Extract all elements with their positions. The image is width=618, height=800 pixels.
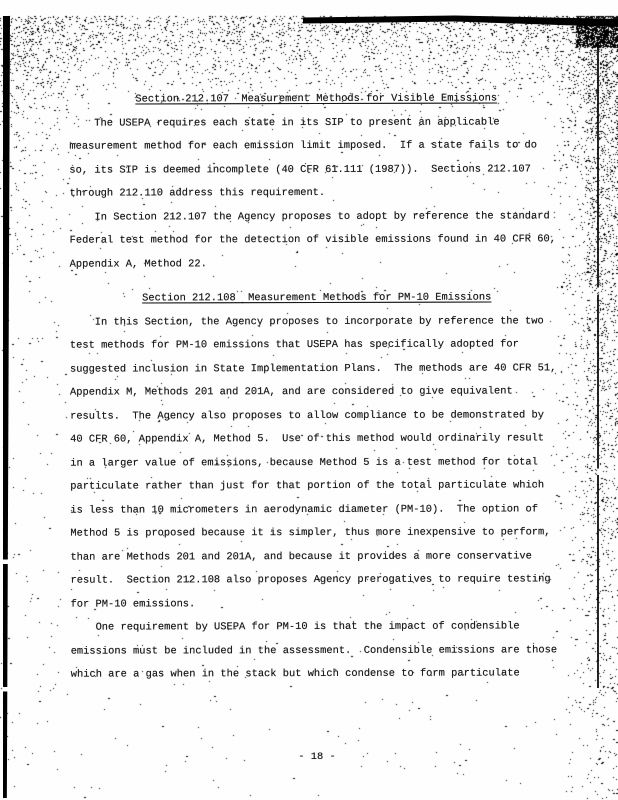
text-line: Appendix M, Methods 201 and 201A, and ar… xyxy=(70,380,564,405)
text-line: so, its SIP is deemed incomplete (40 CFR… xyxy=(69,158,563,183)
scan-artifact-top-bar xyxy=(0,0,618,40)
section-heading-212-107: Section 212.107 Measurement Methods for … xyxy=(69,87,563,112)
text-line: One requirement by USEPA for PM-10 is th… xyxy=(71,615,565,640)
text-line: test methods for PM-10 emissions that US… xyxy=(70,333,564,358)
scanned-document-page: Section 212.107 Measurement Methods for … xyxy=(0,0,618,800)
document-body: Section 212.107 Measurement Methods for … xyxy=(69,87,565,687)
text-line: in a larger value of emissions, because … xyxy=(70,451,564,476)
text-line: measurement method for each emission lim… xyxy=(69,134,563,159)
text-line: 40 CFR 60, Appendix A, Method 5. Use of … xyxy=(70,427,564,452)
scan-artifact-right-line xyxy=(597,42,599,688)
text-line: results. The Agency also proposes to all… xyxy=(70,404,564,429)
text-line: Method 5 is proposed because it is simpl… xyxy=(70,521,564,546)
section-212-108-text: In this Section, the Agency proposes to … xyxy=(70,310,565,687)
text-line: suggested inclusion in State Implementat… xyxy=(70,357,564,382)
text-line: Appendix A, Method 22. xyxy=(70,252,564,277)
text-line: which are a gas when in the stack but wh… xyxy=(71,662,565,687)
section-212-107-text: The USEPA requires each state in its SIP… xyxy=(69,111,563,277)
text-line: In this Section, the Agency proposes to … xyxy=(70,310,564,335)
text-line: than are Methods 201 and 201A, and becau… xyxy=(70,545,564,570)
scan-artifact-left-stripe xyxy=(3,16,10,798)
section-heading-212-108: Section 212.108 Measurement Methods for … xyxy=(70,286,564,311)
text-line: particulate rather than just for that po… xyxy=(70,474,564,499)
text-line: In Section 212.107 the Agency proposes t… xyxy=(70,205,564,230)
text-line: Federal test method for the detection of… xyxy=(70,228,564,253)
text-line: is less than 10 micrometers in aerodynam… xyxy=(70,498,564,523)
text-line: through 212.110 address this requirement… xyxy=(69,181,563,206)
text-line: for PM-10 emissions. xyxy=(71,592,565,617)
text-line: The USEPA requires each state in its SIP… xyxy=(69,111,563,136)
text-line: emissions must be included in the assess… xyxy=(71,639,565,664)
page-number: - 18 - xyxy=(70,751,564,763)
text-line: result. Section 212.108 also proposes Ag… xyxy=(70,568,564,593)
